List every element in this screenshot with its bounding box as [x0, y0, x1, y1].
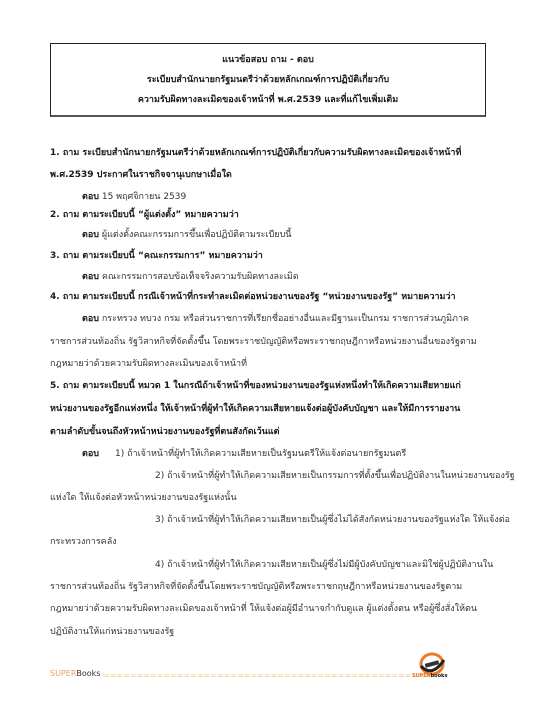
- answer-5-item-3-line-1: 3) ถ้าเจ้าหน้าที่ผู้ทำให้เกิดความเสียหาย…: [155, 513, 510, 527]
- question-5-line-3: ตามลำดับขั้นจนถึงหัวหน้าหน่วยงานของรัฐที…: [50, 425, 279, 439]
- answer-5-item-2-line-1: 2) ถ้าเจ้าหน้าที่ผู้ทำให้เกิดความเสียหาย…: [155, 469, 515, 483]
- header-line-3: ความรับผิดทางละเมิดของเจ้าหน้าที่ พ.ศ.25…: [51, 90, 485, 110]
- question-5-line-2: หน่วยงานของรัฐอีกแห่งหนึ่ง ให้เจ้าหน้าที…: [50, 402, 460, 416]
- answer-label: ตอบ: [82, 230, 99, 240]
- answer-3-text: คณะกรรมการสอบข้อเท็จจริงความรับผิดทางละเ…: [102, 272, 299, 282]
- footer-brand-books: Books: [76, 669, 100, 678]
- answer-4-line-2: ราชการส่วนท้องถิ่น รัฐวิสาหกิจที่จัดตั้ง…: [50, 335, 477, 349]
- answer-5-item-4-line-3: กฎหมายว่าด้วยความรับผิดทางละเมิดของเจ้าห…: [50, 602, 477, 616]
- logo-text: SUPERbooks: [412, 673, 447, 679]
- answer-4-line-3: กฎหมายว่าด้วยความรับผิดทางละเมินของเจ้าห…: [50, 357, 247, 371]
- answer-1: ตอบ 15 พฤศจิกายน 2539: [82, 190, 186, 204]
- question-2-line-1: 2. ถาม ตามระเบียบนี้ “ผู้แต่งตั้ง” หมายค…: [50, 208, 239, 222]
- answer-1-text: 15 พฤศจิกายน 2539: [102, 192, 186, 202]
- footer-divider: ========================================…: [103, 669, 448, 683]
- answer-5-item-3-line-2: กระทรวงการคลัง: [50, 535, 117, 549]
- answer-5-item-4-line-2: ราชการส่วนท้องถิ่น รัฐวิสาหกิจที่จัดตั้ง…: [50, 580, 462, 594]
- answer-label: ตอบ: [82, 272, 99, 282]
- question-4-line-1: 4. ถาม ตามระเบียบนี้ กรณีเจ้าหน้าที่กระท…: [50, 290, 456, 304]
- header-line-2: ระเบียบสำนักนายกรัฐมนตรีว่าด้วยหลักเกณฑ์…: [51, 70, 485, 90]
- answer-2: ตอบ ผู้แต่งตั้งคณะกรรมการขึ้นเพื่อปฏิบัต…: [82, 228, 291, 242]
- answer-2-text: ผู้แต่งตั้งคณะกรรมการขึ้นเพื่อปฏิบัติตาม…: [102, 230, 292, 240]
- question-1-line-1: 1. ถาม ระเบียบสำนักนายกรัฐมนตรีว่าด้วยหล…: [50, 146, 461, 160]
- answer-label: ตอบ: [82, 314, 99, 324]
- header-line-1: แนวข้อสอบ ถาม - ตอบ: [51, 50, 485, 70]
- answer-5-item-4-line-4: ปฏิบัติงานให้แก่หน่วยงานของรัฐ: [50, 625, 174, 639]
- answer-5-item-4-line-1: 4) ถ้าเจ้าหน้าที่ผู้ทำให้เกิดความเสียหาย…: [155, 558, 493, 572]
- answer-5-item-2-line-2: แห่งใด ให้แจ้งต่อหัวหน้าหน่วยงานของรัฐแห…: [50, 491, 237, 505]
- question-1-line-2: พ.ศ.2539 ประกาศในราชกิจจานุเบกษาเมื่อใด: [50, 168, 232, 182]
- answer-4-line-1: ตอบ กระทรวง ทบวง กรม หรือส่วนราชการที่เร…: [82, 312, 469, 326]
- question-5-line-1: 5. ถาม ตามระเบียบนี้ หมวด 1 ในกรณีถ้าเจ้…: [50, 379, 461, 393]
- answer-5-item-1: 1) ถ้าเจ้าหน้าที่ผู้ทำให้เกิดความเสียหาย…: [115, 447, 406, 461]
- header-title-box: แนวข้อสอบ ถาม - ตอบ ระเบียบสำนักนายกรัฐม…: [50, 43, 486, 117]
- answer-4-text-1: กระทรวง ทบวง กรม หรือส่วนราชการที่เรียกช…: [102, 314, 469, 324]
- answer-3: ตอบ คณะกรรมการสอบข้อเท็จจริงความรับผิดทา…: [82, 270, 299, 284]
- superbooks-logo-icon: [412, 652, 452, 688]
- answer-label: ตอบ: [82, 192, 99, 202]
- answer-label: ตอบ: [82, 447, 99, 461]
- question-3-line-1: 3. ถาม ตามระเบียบนี้ “คณะกรรมการ” หมายคว…: [50, 249, 263, 263]
- footer-brand-super: SUPER: [50, 669, 76, 678]
